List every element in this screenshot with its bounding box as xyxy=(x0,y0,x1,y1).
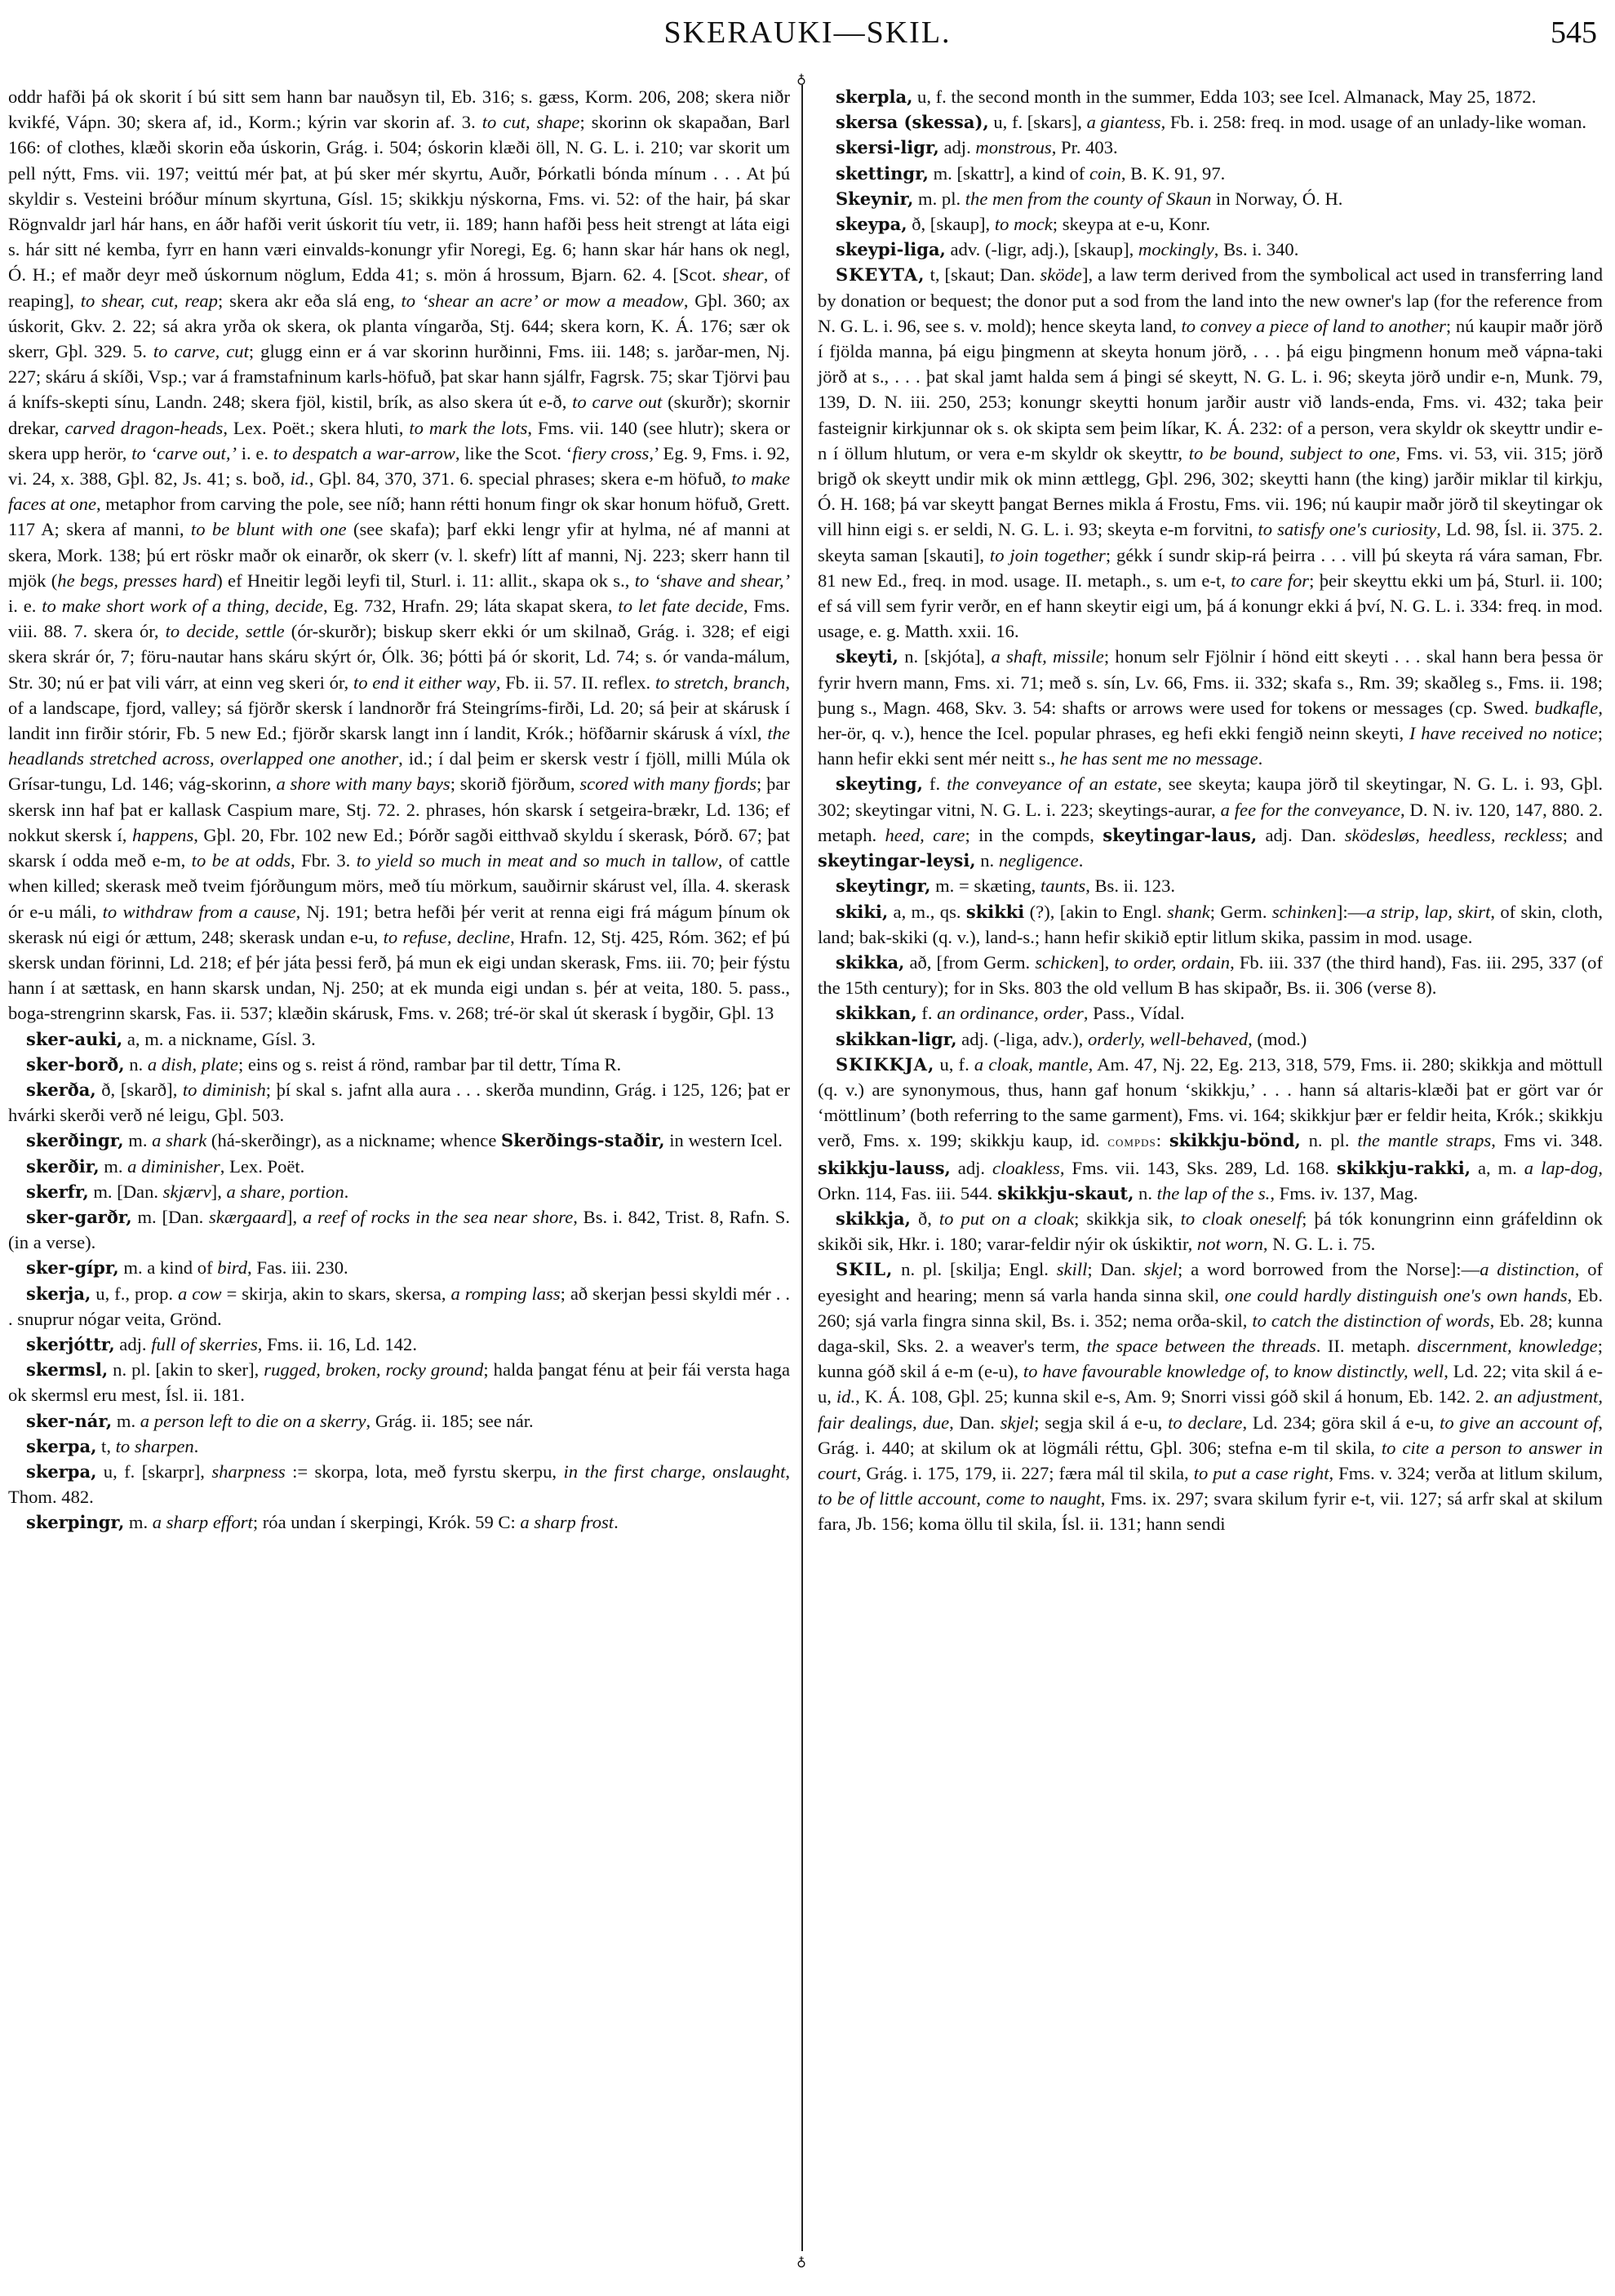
headword: skerða, xyxy=(26,1079,96,1100)
gloss-italic: to yield so much in meat and so much in … xyxy=(357,850,718,871)
entry-text: a, m. a nickname, Gísl. 3. xyxy=(122,1029,316,1049)
gloss-italic: to be of little account, come to naught xyxy=(818,1488,1101,1509)
dictionary-entry: skerja, u, f., prop. a cow = skirja, aki… xyxy=(8,1281,790,1332)
dictionary-entry: skikka, að, [from Germ. schicken], to or… xyxy=(818,950,1603,1000)
headword: Skerðings-staðir, xyxy=(501,1130,665,1150)
gloss-italic: sharpness xyxy=(211,1461,285,1482)
headword: skerfr, xyxy=(26,1181,89,1202)
entry-text: ]:— xyxy=(1337,902,1366,922)
headword: skerpla, xyxy=(836,86,912,107)
entry-text: , like the Scot. ‘ xyxy=(455,443,572,463)
entry-text: að, [from Germ. xyxy=(904,952,1035,973)
entry-text: , Fms vi. 348. xyxy=(1491,1130,1603,1150)
dictionary-entry: skerjóttr, adj. full of skerries, Fms. i… xyxy=(8,1332,790,1357)
gloss-italic: rugged, broken, rocky ground xyxy=(264,1359,483,1380)
headword: SKIL, xyxy=(836,1259,893,1279)
entry-text: ; and xyxy=(1563,825,1603,845)
gloss-italic: to mock xyxy=(995,214,1053,234)
entry-text: , N. G. L. i. 75. xyxy=(1263,1234,1375,1254)
headword: Skeynir, xyxy=(836,188,913,209)
gloss-italic: to let fate decide xyxy=(618,596,743,616)
entry-text: m. a kind of xyxy=(119,1257,217,1278)
entry-text: , Fas. iii. 230. xyxy=(247,1257,348,1278)
entry-text: , Grág. i. 175, 179, ii. 227; færa mál t… xyxy=(857,1463,1194,1483)
headword: skikki xyxy=(966,902,1024,922)
gloss-italic: shear xyxy=(722,264,763,285)
entry-text: ], xyxy=(1098,952,1114,973)
gloss-italic: to satisfy one's curiosity xyxy=(1258,519,1436,539)
entry-text: : xyxy=(1156,1130,1169,1150)
entry-text: , Grág. ii. 185; see nár. xyxy=(366,1411,534,1431)
gloss-italic: the mantle straps xyxy=(1357,1130,1491,1150)
gloss-italic: not worn xyxy=(1197,1234,1263,1254)
gloss-italic: id. xyxy=(836,1386,855,1407)
dictionary-entry: sker-garðr, m. [Dan. skærgaard], a reef … xyxy=(8,1204,790,1255)
entry-text: a, m., qs. xyxy=(888,902,966,922)
dictionary-entry: skeypi-liga, adv. (-ligr, adj.), [skaup]… xyxy=(818,237,1603,262)
gloss-italic: to join together xyxy=(990,545,1106,565)
dictionary-entry: SKEYTA, t, [skaut; Dan. sköde], a law te… xyxy=(818,262,1603,644)
gloss-italic: to decide, settle xyxy=(166,621,285,641)
gloss-italic: schinken xyxy=(1272,902,1337,922)
entry-text: m. xyxy=(124,1130,153,1150)
headword: skikkju-lauss, xyxy=(818,1158,951,1178)
entry-text: := skorpa, lota, með fyrstu skerpu, xyxy=(286,1461,564,1482)
headword: skermsl, xyxy=(26,1359,108,1380)
entry-text: , Lex. Poët.; skera hluti, xyxy=(223,418,409,438)
dictionary-entry: skerpa, u, f. [skarpr], sharpness := sko… xyxy=(8,1459,790,1509)
entry-text: ð, xyxy=(911,1208,939,1229)
entry-text: i. e. xyxy=(8,596,42,616)
gloss-italic: carved dragon-heads xyxy=(64,418,223,438)
gloss-italic: a shaft, missile xyxy=(992,646,1104,667)
entry-text: ; skera akr eða slá eng, xyxy=(218,290,401,311)
entry-text: , Fb. i. 258: freq. in mod. usage of an … xyxy=(1161,112,1586,132)
headword: skerpingr, xyxy=(26,1512,124,1532)
gloss-italic: a romping lass xyxy=(451,1283,561,1304)
headword: skikkju-bönd, xyxy=(1169,1130,1301,1150)
gloss-italic: a strip, lap, skirt xyxy=(1366,902,1490,922)
entry-text: ; nú kaupir maðr jörð í fjölda manna, þá… xyxy=(818,316,1603,463)
dictionary-entry: sker-borð, n. a dish, plate; eins og s. … xyxy=(8,1052,790,1077)
entry-text: u, f., prop. xyxy=(91,1283,178,1304)
entry-text: ], xyxy=(286,1207,303,1227)
headword: skikkan-ligr, xyxy=(836,1029,957,1049)
gloss-italic: the space between the threads xyxy=(1086,1336,1316,1356)
entry-text: , Lex. Poët. xyxy=(220,1156,305,1177)
gloss-italic: to refuse, decline xyxy=(384,927,510,947)
headword: sker-gípr, xyxy=(26,1257,119,1278)
page-number: 545 xyxy=(1551,15,1597,51)
gloss-italic: scored with many fjords xyxy=(579,773,756,794)
entry-text: ; skorinn ok skapaðan, Barl 166: of clot… xyxy=(8,112,790,285)
gloss-italic: coin xyxy=(1089,163,1121,184)
dictionary-entry: skeyting, f. the conveyance of an estate… xyxy=(818,771,1603,873)
entry-text: , B. K. 91, 97. xyxy=(1121,163,1225,184)
entry-text: ; skikkja sik, xyxy=(1074,1208,1181,1229)
entry-text: t, [skaut; Dan. xyxy=(925,264,1040,285)
entry-text: f. xyxy=(923,773,947,794)
gloss-italic: skjærv xyxy=(163,1181,211,1202)
gloss-italic: to have favourable knowledge of, to know… xyxy=(1023,1361,1444,1381)
entry-text: i. e. xyxy=(237,443,273,463)
headword: SKIKKJA, xyxy=(836,1054,934,1075)
headword: skeypa, xyxy=(836,214,907,234)
entry-text: m. [Dan. xyxy=(132,1207,209,1227)
gloss-italic: cloakless xyxy=(992,1158,1060,1178)
dictionary-entry: skerðir, m. a diminisher, Lex. Poët. xyxy=(8,1154,790,1179)
entry-text: , Eg. 732, Hrafn. 29; láta skapat skera, xyxy=(323,596,618,616)
dictionary-entry: skeytingr, m. = skæting, taunts, Bs. ii.… xyxy=(818,873,1603,898)
gloss-italic: bird xyxy=(217,1257,247,1278)
gloss-italic: a giantess xyxy=(1087,112,1161,132)
column-divider xyxy=(801,85,803,2251)
entry-text: ; skorið fjörðum, xyxy=(450,773,580,794)
gloss-italic: shank xyxy=(1167,902,1210,922)
headword: sker-borð, xyxy=(26,1054,125,1075)
entry-text: u, f. [skarpr], xyxy=(96,1461,211,1482)
gloss-italic: a sharp effort xyxy=(153,1512,253,1532)
gloss-italic: to despatch a war-arrow xyxy=(273,443,455,463)
entry-text: in Norway, Ó. H. xyxy=(1211,188,1342,209)
gloss-italic: a reef of rocks in the sea near shore xyxy=(303,1207,573,1227)
gloss-italic: heed, care xyxy=(885,825,965,845)
entry-text: ; Dan. xyxy=(1087,1259,1143,1279)
dictionary-entry: skerpa, t, to sharpen. xyxy=(8,1434,790,1459)
entry-text: , K. Á. 108, Gþl. 25; kunna skil e-s, Am… xyxy=(855,1386,1494,1407)
headword: skeyting, xyxy=(836,773,923,794)
entry-text: m. xyxy=(112,1411,140,1431)
headword: skeytingar-leysi, xyxy=(818,850,976,871)
gloss-italic: skill xyxy=(1057,1259,1088,1279)
entry-text: , Pass., Vídal. xyxy=(1084,1003,1185,1023)
entry-text: n. [skjóta], xyxy=(898,646,992,667)
entry-text: n. pl. xyxy=(1301,1130,1358,1150)
dictionary-entry: skersi-ligr, adj. monstrous, Pr. 403. xyxy=(818,135,1603,160)
entry-text: adj. xyxy=(939,137,976,157)
headword: SKEYTA, xyxy=(836,264,925,285)
dictionary-entry: sker-nár, m. a person left to die on a s… xyxy=(8,1408,790,1434)
gloss-italic: to convey a piece of land to another xyxy=(1181,316,1445,336)
gloss-italic: a sharp frost xyxy=(520,1512,614,1532)
headword: skeytingr, xyxy=(836,875,930,896)
entry-text: , (mod.) xyxy=(1248,1029,1307,1049)
gloss-italic: taunts xyxy=(1040,875,1085,896)
gloss-italic: discernment, knowledge xyxy=(1418,1336,1598,1356)
entry-text: adj. Dan. xyxy=(1257,825,1345,845)
entry-text: n. xyxy=(1134,1183,1156,1203)
entry-text: ; segja skil á e-u, xyxy=(1034,1412,1168,1433)
gloss-italic: to diminish xyxy=(183,1079,266,1100)
dictionary-entry: skeyti, n. [skjóta], a shaft, missile; h… xyxy=(818,644,1603,771)
headword: skersa (skessa), xyxy=(836,112,989,132)
entry-text: n. pl. [skilja; Engl. xyxy=(893,1259,1056,1279)
gloss-italic: to carve, cut xyxy=(153,341,249,361)
dictionary-entry: skikkan-ligr, adj. (-liga, adv.), orderl… xyxy=(818,1026,1603,1052)
gloss-italic: I have received no notice xyxy=(1409,723,1598,743)
gloss-italic: skjel xyxy=(1001,1412,1034,1433)
gloss-italic: he begs, presses hard xyxy=(57,570,216,591)
dictionary-entry: sker-auki, a, m. a nickname, Gísl. 3. xyxy=(8,1026,790,1052)
headword: skerpa, xyxy=(26,1436,96,1456)
headword: skeytingar-laus, xyxy=(1103,825,1257,845)
entry-text: u, f. xyxy=(934,1054,974,1075)
gloss-italic: to stretch, branch xyxy=(655,672,785,693)
entry-text: ; eins og s. reist á rönd, rambar þar ti… xyxy=(238,1054,621,1075)
gloss-italic: a shark xyxy=(152,1130,206,1150)
gloss-italic: a cloak, mantle xyxy=(974,1054,1089,1075)
gloss-italic: negligence xyxy=(999,850,1079,871)
headword: skettingr, xyxy=(836,163,929,184)
dictionary-entry: skikkja, ð, to put on a cloak; skikkja s… xyxy=(818,1206,1603,1257)
gloss-italic: a fee for the conveyance xyxy=(1221,800,1400,820)
entry-text: ) ef Hneitir legði leyfi til, Sturl. i. … xyxy=(216,570,635,591)
entry-text: adj. xyxy=(951,1158,992,1178)
page-header: SKERAUKI—SKIL. 545 xyxy=(0,15,1615,55)
dictionary-entry: skermsl, n. pl. [akin to sker], rugged, … xyxy=(8,1357,790,1407)
entry-text: , Fms. ii. 16, Ld. 142. xyxy=(258,1334,417,1354)
gloss-italic: full of skerries xyxy=(151,1334,258,1354)
gloss-italic: in the first charge, onslaught xyxy=(563,1461,785,1482)
entry-text: ; róa undan í skerpingi, Krók. 59 C: xyxy=(253,1512,521,1532)
gloss-italic: to make short work of a thing, decide xyxy=(42,596,323,616)
entry-text: adj. (-liga, adv.), xyxy=(957,1029,1088,1049)
headword: skerja, xyxy=(26,1283,91,1304)
entry-text: , Fms. v. 324; verða at litlum skilum, xyxy=(1329,1463,1603,1483)
entry-text: , Fbr. 3. xyxy=(291,850,357,871)
entry-text: , Bs. ii. 123. xyxy=(1085,875,1175,896)
gloss-italic: sköde xyxy=(1040,264,1081,285)
gloss-italic: skjel xyxy=(1144,1259,1178,1279)
gloss-italic: id. xyxy=(291,468,309,489)
entry-text: . xyxy=(194,1436,199,1456)
gloss-italic: a distinction xyxy=(1480,1259,1575,1279)
gloss-italic: to declare xyxy=(1168,1412,1242,1433)
headword: skiki, xyxy=(836,902,888,922)
entry-text: = skirja, akin to skars, skersa, xyxy=(222,1283,451,1304)
small-caps-label: compds xyxy=(1107,1133,1156,1150)
gloss-italic: a share, portion xyxy=(227,1181,344,1202)
left-column: oddr hafði þá ok skorit í bú sitt sem ha… xyxy=(8,84,790,1536)
entry-text: n. pl. [akin to sker], xyxy=(108,1359,264,1380)
gloss-italic: to cloak oneself xyxy=(1181,1208,1302,1229)
entry-text: n. xyxy=(976,850,999,871)
dictionary-entry: skikkan, f. an ordinance, order, Pass., … xyxy=(818,1000,1603,1026)
gloss-italic: a shore with many bays xyxy=(276,773,450,794)
entry-text: adj. xyxy=(115,1334,152,1354)
headword: sker-auki, xyxy=(26,1029,122,1049)
entry-text: ð, [skaup], xyxy=(907,214,995,234)
entry-text: , Dan. xyxy=(949,1412,1001,1433)
headword: skikkan, xyxy=(836,1003,917,1023)
gloss-italic: to put on a cloak xyxy=(939,1208,1074,1229)
gloss-italic: skærgaard xyxy=(209,1207,286,1227)
dictionary-entry: skerpingr, m. a sharp effort; róa undan … xyxy=(8,1509,790,1535)
entry-text: , Bs. i. 340. xyxy=(1214,239,1299,259)
entry-text: m. [Dan. xyxy=(89,1181,163,1202)
entry-text: , Fb. ii. 57. II. reflex. xyxy=(496,672,655,693)
dictionary-entry: SKIL, n. pl. [skilja; Engl. skill; Dan. … xyxy=(818,1257,1603,1536)
headword: sker-nár, xyxy=(26,1411,112,1431)
entry-text: (?), [akin to Engl. xyxy=(1024,902,1167,922)
dictionary-entry: skerfr, m. [Dan. skjærv], a share, porti… xyxy=(8,1179,790,1204)
gloss-italic: to be at odds xyxy=(192,850,291,871)
gloss-italic: he has sent me no message xyxy=(1060,748,1258,769)
entry-text: , Fms. iv. 137, Mag. xyxy=(1270,1183,1418,1203)
running-head: SKERAUKI—SKIL. xyxy=(0,15,1615,51)
gloss-italic: to carve out xyxy=(572,392,662,412)
entry-text: adv. (-ligr, adj.), [skaup], xyxy=(946,239,1138,259)
entry-text: (há-skerðingr), as a nickname; whence xyxy=(206,1130,501,1150)
headword: skikka, xyxy=(836,952,904,973)
gloss-italic: to withdraw from a cause xyxy=(103,902,296,922)
entry-text: m. [skattr], a kind of xyxy=(929,163,1089,184)
entry-text: ; in the compds, xyxy=(965,825,1103,845)
gloss-italic: to catch the distinction of words xyxy=(1252,1310,1489,1331)
headword: sker-garðr, xyxy=(26,1207,132,1227)
gloss-italic: to cut, shape xyxy=(482,112,580,132)
right-column: skerpla, u, f. the second month in the s… xyxy=(818,84,1603,1537)
gloss-italic: to be bound, subject to one xyxy=(1189,443,1396,463)
gloss-italic: a person left to die on a skerry xyxy=(140,1411,366,1431)
entry-text: u, f. [skars], xyxy=(989,112,1087,132)
gloss-italic: to ‘shear an acre’ or mow a meadow xyxy=(401,290,683,311)
entry-text: a, m. xyxy=(1471,1158,1524,1178)
entry-text: . xyxy=(1258,748,1263,769)
headword: skeypi-liga, xyxy=(836,239,946,259)
headword: skersi-ligr, xyxy=(836,137,939,157)
entry-text: n. xyxy=(125,1054,148,1075)
entry-text: m. pl. xyxy=(913,188,965,209)
gloss-italic: a dish, plate xyxy=(148,1054,238,1075)
headword: skikkja, xyxy=(836,1208,911,1229)
gloss-italic: to end it either way xyxy=(353,672,496,693)
entry-text: ð, [skarð], xyxy=(96,1079,183,1100)
gloss-italic: to order, ordain xyxy=(1114,952,1230,973)
gloss-italic: to be blunt with one xyxy=(191,519,347,539)
entry-text: . xyxy=(1079,850,1084,871)
entry-text: t, xyxy=(96,1436,115,1456)
entry-text: in western Icel. xyxy=(665,1130,783,1150)
column-rule-bottom-ornament-icon: ♁ xyxy=(796,2256,807,2272)
headword: skerðir, xyxy=(26,1156,100,1177)
headword: skerpa, xyxy=(26,1461,96,1482)
entry-text: ; skeypa at e-u, Konr. xyxy=(1053,214,1210,234)
gloss-italic: schicken xyxy=(1035,952,1098,973)
dictionary-entry: SKIKKJA, u, f. a cloak, mantle, Am. 47, … xyxy=(818,1052,1603,1206)
entry-text: . xyxy=(344,1181,349,1202)
gloss-italic: monstrous xyxy=(975,137,1051,157)
headword: skerðingr, xyxy=(26,1130,124,1150)
gloss-italic: to give an account of xyxy=(1440,1412,1598,1433)
gloss-italic: sködesløs, heedless, reckless xyxy=(1345,825,1563,845)
entry-text: , Gþl. 84, 370, 371. 6. special phrases;… xyxy=(309,468,732,489)
headword: skikkju-rakki, xyxy=(1337,1158,1471,1178)
gloss-italic: to ‘carve out,’ xyxy=(131,443,237,463)
gloss-italic: the men from the county of Skaun xyxy=(965,188,1212,209)
dictionary-entry: skerpla, u, f. the second month in the s… xyxy=(818,84,1603,109)
entry-text: ; Germ. xyxy=(1210,902,1272,922)
entry-text: , Fms. vii. 143, Sks. 289, Ld. 168. xyxy=(1060,1158,1337,1178)
headword: skeyti, xyxy=(836,646,898,667)
headword: skikkju-skaut, xyxy=(997,1183,1134,1203)
dictionary-entry: skiki, a, m., qs. skikki (?), [akin to E… xyxy=(818,899,1603,950)
entry-text: ; a word borrowed from the Norse]:— xyxy=(1178,1259,1480,1279)
gloss-italic: to care for xyxy=(1231,570,1309,591)
gloss-italic: to put a case right xyxy=(1194,1463,1329,1483)
gloss-italic: one could hardly distinguish one's own h… xyxy=(1225,1285,1568,1305)
dictionary-entry: skersa (skessa), u, f. [skars], a giante… xyxy=(818,109,1603,135)
gloss-italic: fiery cross, xyxy=(572,443,654,463)
gloss-italic: the lap of the s. xyxy=(1157,1183,1271,1203)
gloss-italic: the conveyance of an estate xyxy=(947,773,1157,794)
gloss-italic: a diminisher xyxy=(127,1156,220,1177)
entry-text: m. xyxy=(124,1512,153,1532)
entry-text: , Pr. 403. xyxy=(1052,137,1118,157)
entry-text: , Ld. 234; göra skil á e-u, xyxy=(1242,1412,1440,1433)
entry-text: m. xyxy=(100,1156,128,1177)
gloss-italic: to shear, cut, reap xyxy=(81,290,218,311)
entry-text: . II. metaph. xyxy=(1316,1336,1418,1356)
entry-text: ], xyxy=(211,1181,227,1202)
dictionary-entry: skerða, ð, [skarð], to diminish; þí skal… xyxy=(8,1077,790,1128)
dictionary-entry: sker-gípr, m. a kind of bird, Fas. iii. … xyxy=(8,1255,790,1280)
gloss-italic: to sharpen xyxy=(116,1436,194,1456)
dictionary-entry: Skeynir, m. pl. the men from the county … xyxy=(818,186,1603,211)
gloss-italic: a lap-dog xyxy=(1524,1158,1599,1178)
gloss-italic: mockingly xyxy=(1138,239,1214,259)
gloss-italic: orderly, well-behaved xyxy=(1088,1029,1248,1049)
headword: skerjóttr, xyxy=(26,1334,115,1354)
dictionary-entry: skettingr, m. [skattr], a kind of coin, … xyxy=(818,161,1603,186)
dictionary-entry: skerðingr, m. a shark (há-skerðingr), as… xyxy=(8,1128,790,1153)
gloss-italic: an ordinance, order xyxy=(937,1003,1084,1023)
entry-text: . xyxy=(614,1512,619,1532)
gloss-italic: to ‘shave and shear,’ xyxy=(635,570,790,591)
entry-text: f. xyxy=(917,1003,937,1023)
entry-text: m. = skæting, xyxy=(930,875,1040,896)
gloss-italic: to mark the lots xyxy=(409,418,527,438)
gloss-italic: budkafle xyxy=(1535,698,1599,718)
gloss-italic: happens xyxy=(132,825,193,845)
entry-text: u, f. the second month in the summer, Ed… xyxy=(912,86,1536,107)
dictionary-entry: skeypa, ð, [skaup], to mock; skeypa at e… xyxy=(818,211,1603,237)
dictionary-entry: oddr hafði þá ok skorit í bú sitt sem ha… xyxy=(8,84,790,1026)
gloss-italic: a cow xyxy=(178,1283,222,1304)
